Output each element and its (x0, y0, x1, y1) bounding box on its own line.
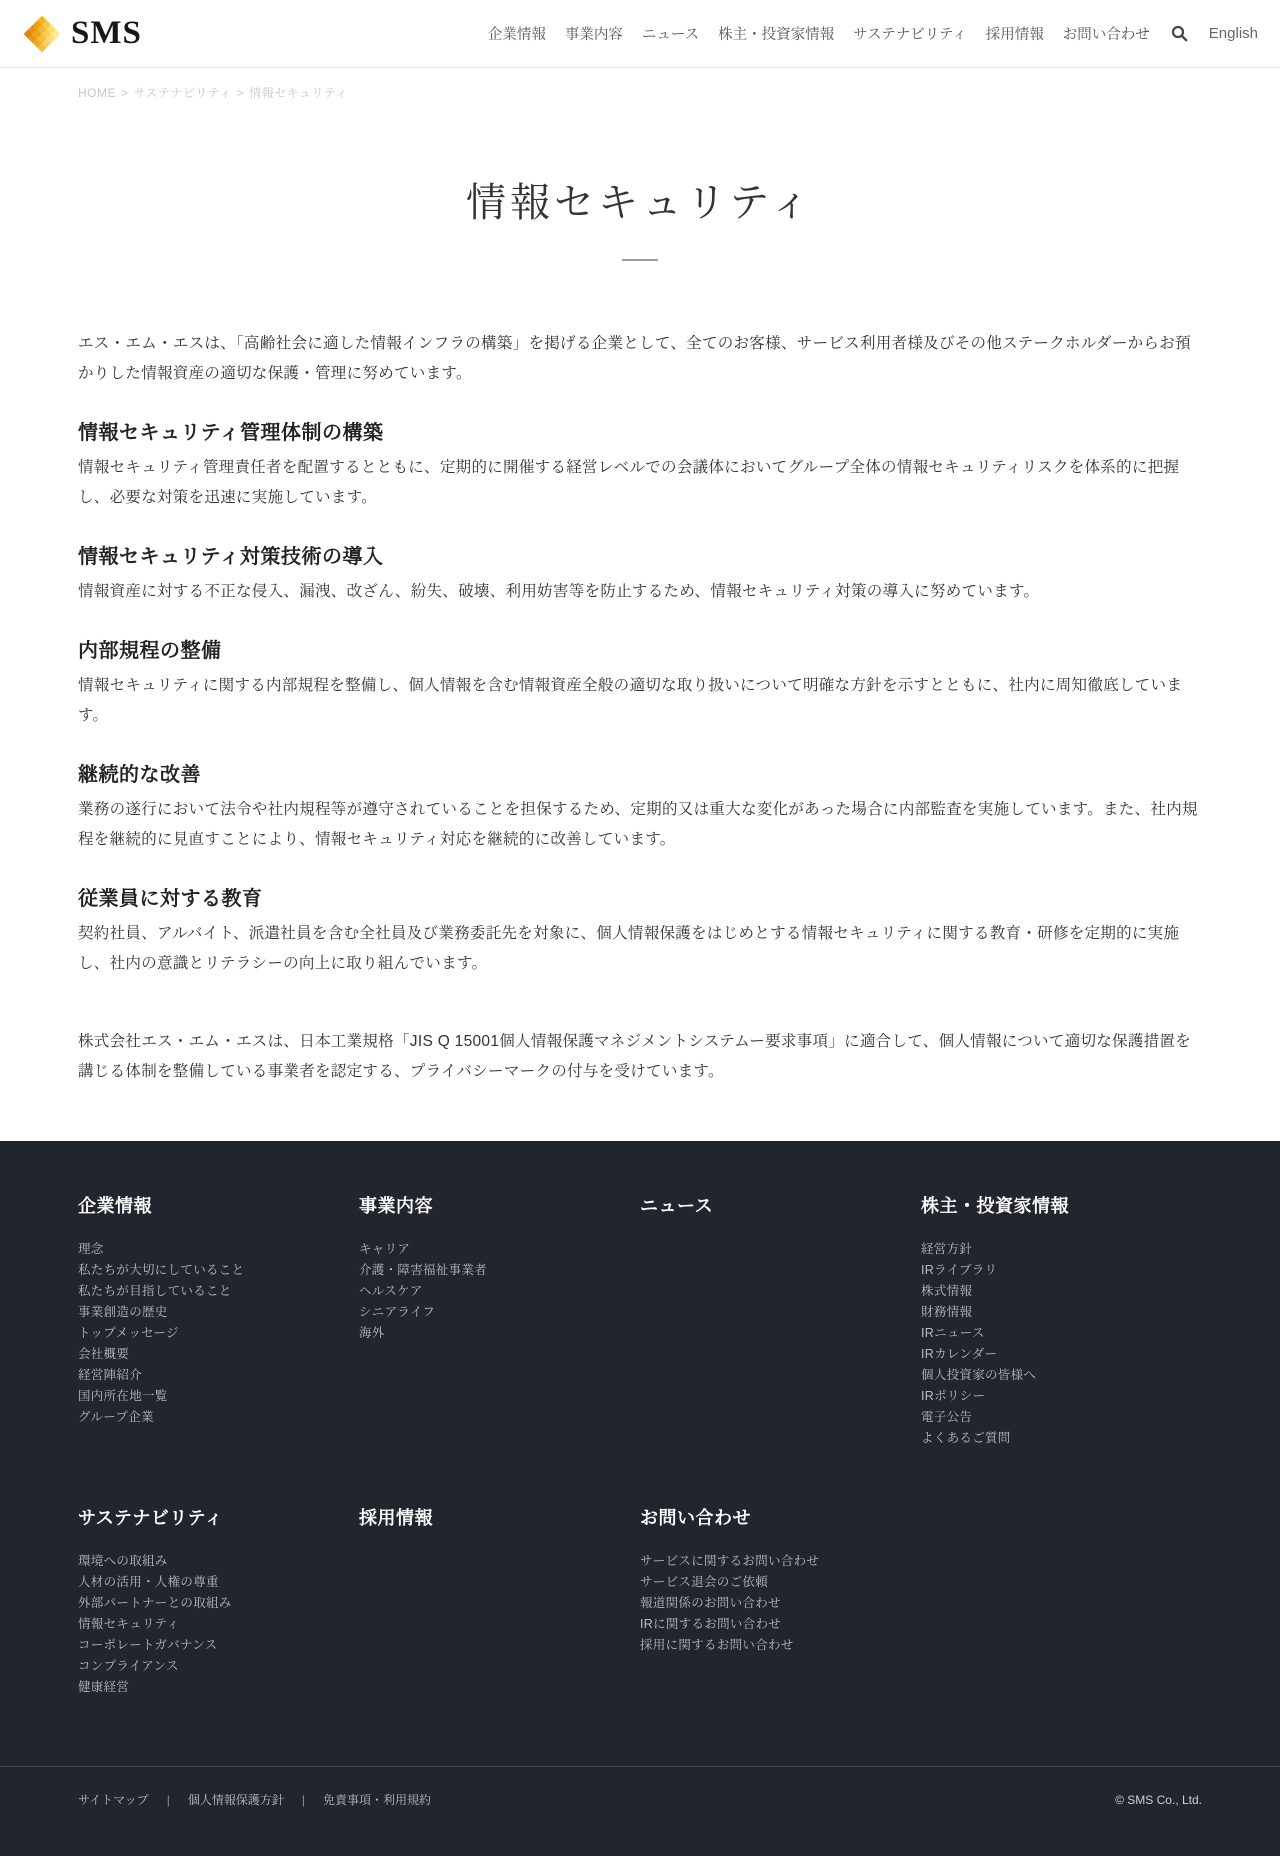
footer-link[interactable]: 経営方針 (921, 1241, 1202, 1257)
footer-link[interactable]: トップメッセージ (78, 1325, 359, 1341)
footer-link[interactable]: 事業創造の歴史 (78, 1304, 359, 1320)
section-continuous-improvement: 継続的な改善 業務の遂行において法令や社内規程等が遵守されていることを担保するた… (78, 763, 1202, 855)
footer-col-contact: お問い合わせ サービスに関するお問い合わせ サービス退会のご依頼 報道関係のお問… (640, 1507, 921, 1700)
footer-link-divider: | (167, 1793, 170, 1807)
footer-link[interactable]: IRポリシー (921, 1388, 1202, 1404)
section-body: 情報セキュリティ管理責任者を配置するとともに、定期的に開催する経営レベルでの会議… (78, 453, 1202, 513)
footer-link[interactable]: 国内所在地一覧 (78, 1388, 359, 1404)
footer-link[interactable]: 財務情報 (921, 1304, 1202, 1320)
section-heading: 従業員に対する教育 (78, 887, 1202, 911)
footer-link[interactable]: グループ企業 (78, 1409, 359, 1425)
footer-link[interactable]: 情報セキュリティ (78, 1616, 359, 1632)
intro-paragraph: エス・エム・エスは、「高齢社会に適した情報インフラの構築」を掲げる企業として、全… (78, 329, 1202, 389)
section-employee-education: 従業員に対する教育 契約社員、アルバイト、派遣社員を含む全社員及び業務委託先を対… (78, 887, 1202, 979)
footer-col-recruit: 採用情報 (359, 1507, 640, 1700)
section-body: 情報セキュリティに関する内部規程を整備し、個人情報を含む情報資産全般の適切な取り… (78, 671, 1202, 731)
section-heading: 継続的な改善 (78, 763, 1202, 787)
breadcrumb-home[interactable]: HOME (78, 86, 116, 100)
closing-paragraph: 株式会社エス・エム・エスは、日本工業規格「JIS Q 15001個人情報保護マネ… (78, 1027, 1202, 1087)
footer-link[interactable]: 介護・障害福祉事業者 (359, 1262, 640, 1278)
footer-link[interactable]: 海外 (359, 1325, 640, 1341)
footer-col-title[interactable]: ニュース (640, 1195, 921, 1217)
footer-link[interactable]: 報道関係のお問い合わせ (640, 1595, 921, 1611)
footer-link[interactable]: 環境への取組み (78, 1553, 359, 1569)
footer-col-title[interactable]: 企業情報 (78, 1195, 359, 1217)
footer-link[interactable]: シニアライフ (359, 1304, 640, 1320)
footer-col-corporate: 企業情報 理念 私たちが大切にしていること 私たちが目指していること 事業創造の… (78, 1195, 359, 1451)
main-nav: 企業情報 事業内容 ニュース 株主・投資家情報 サステナビリティ 採用情報 お問… (488, 23, 1258, 44)
footer-link[interactable]: 外部パートナーとの取組み (78, 1595, 359, 1611)
footer-link[interactable]: IRカレンダー (921, 1346, 1202, 1362)
footer-link[interactable]: コンプライアンス (78, 1658, 359, 1674)
footer-terms-link[interactable]: 免責事項・利用規約 (323, 1791, 431, 1808)
footer-link-divider: | (302, 1793, 305, 1807)
footer-col-sustainability: サステナビリティ 環境への取組み 人材の活用・人権の尊重 外部パートナーとの取組… (78, 1507, 359, 1700)
site-footer: 企業情報 理念 私たちが大切にしていること 私たちが目指していること 事業創造の… (0, 1141, 1280, 1856)
section-heading: 情報セキュリティ対策技術の導入 (78, 545, 1202, 569)
breadcrumb-bar: HOME>サステナビリティ>情報セキュリティ (0, 68, 1280, 115)
footer-col-business: 事業内容 キャリア 介護・障害福祉事業者 ヘルスケア シニアライフ 海外 (359, 1195, 640, 1451)
footer-link[interactable]: 電子公告 (921, 1409, 1202, 1425)
breadcrumb-current: 情報セキュリティ (249, 86, 348, 100)
nav-item-recruit[interactable]: 採用情報 (986, 23, 1044, 44)
footer-link[interactable]: キャリア (359, 1241, 640, 1257)
footer-link[interactable]: 健康経営 (78, 1679, 359, 1695)
logo[interactable]: SMS (22, 14, 142, 54)
footer-privacy-link[interactable]: 個人情報保護方針 (188, 1791, 284, 1808)
footer-link[interactable]: サービス退会のご依頼 (640, 1574, 921, 1590)
section-management-structure: 情報セキュリティ管理体制の構築 情報セキュリティ管理責任者を配置するとともに、定… (78, 421, 1202, 513)
section-heading: 情報セキュリティ管理体制の構築 (78, 421, 1202, 445)
footer-link[interactable]: 人材の活用・人権の尊重 (78, 1574, 359, 1590)
breadcrumb-separator: > (237, 86, 245, 100)
footer-col-spacer (921, 1507, 1202, 1700)
main-content: 情報セキュリティ エス・エム・エスは、「高齢社会に適した情報インフラの構築」を掲… (0, 179, 1280, 1141)
nav-item-ir[interactable]: 株主・投資家情報 (718, 23, 834, 44)
footer-col-title[interactable]: サステナビリティ (78, 1507, 359, 1529)
footer-col-news: ニュース (640, 1195, 921, 1451)
page-title: 情報セキュリティ (78, 179, 1202, 227)
footer-link[interactable]: IRライブラリ (921, 1262, 1202, 1278)
section-heading: 内部規程の整備 (78, 639, 1202, 663)
logo-text: SMS (71, 17, 142, 50)
footer-link[interactable]: ヘルスケア (359, 1283, 640, 1299)
footer-link[interactable]: よくあるご質問 (921, 1430, 1202, 1446)
language-toggle[interactable]: English (1209, 25, 1258, 42)
footer-col-title[interactable]: 事業内容 (359, 1195, 640, 1217)
footer-link[interactable]: 経営陣紹介 (78, 1367, 359, 1383)
breadcrumb-separator: > (121, 86, 129, 100)
search-icon[interactable] (1171, 25, 1188, 42)
breadcrumb-sustainability[interactable]: サステナビリティ (134, 86, 232, 100)
footer-link[interactable]: 私たちが大切にしていること (78, 1262, 359, 1278)
nav-item-sustainability[interactable]: サステナビリティ (853, 23, 967, 44)
footer-sitemap-link[interactable]: サイトマップ (78, 1791, 149, 1808)
nav-item-business[interactable]: 事業内容 (565, 23, 623, 44)
footer-link[interactable]: IRニュース (921, 1325, 1202, 1341)
site-header: SMS 企業情報 事業内容 ニュース 株主・投資家情報 サステナビリティ 採用情… (0, 0, 1280, 68)
footer-link[interactable]: 理念 (78, 1241, 359, 1257)
nav-item-news[interactable]: ニュース (642, 23, 699, 44)
nav-item-contact[interactable]: お問い合わせ (1063, 23, 1150, 44)
sms-diamond-logo-icon (22, 14, 62, 54)
breadcrumb: HOME>サステナビリティ>情報セキュリティ (78, 84, 1202, 101)
footer-col-ir: 株主・投資家情報 経営方針 IRライブラリ 株式情報 財務情報 IRニュース I… (921, 1195, 1202, 1451)
footer-link[interactable]: サービスに関するお問い合わせ (640, 1553, 921, 1569)
footer-link[interactable]: 個人投資家の皆様へ (921, 1367, 1202, 1383)
section-internal-rules: 内部規程の整備 情報セキュリティに関する内部規程を整備し、個人情報を含む情報資産… (78, 639, 1202, 731)
footer-link[interactable]: 株式情報 (921, 1283, 1202, 1299)
footer-link[interactable]: 会社概要 (78, 1346, 359, 1362)
section-body: 業務の遂行において法令や社内規程等が遵守されていることを担保するため、定期的又は… (78, 795, 1202, 855)
section-countermeasure-technology: 情報セキュリティ対策技術の導入 情報資産に対する不正な侵入、漏洩、改ざん、紛失、… (78, 545, 1202, 607)
footer-bottom-bar: サイトマップ | 個人情報保護方針 | 免責事項・利用規約 © SMS Co.,… (0, 1766, 1280, 1856)
footer-col-title[interactable]: 採用情報 (359, 1507, 640, 1529)
title-divider (622, 259, 658, 261)
footer-col-title[interactable]: 株主・投資家情報 (921, 1195, 1202, 1217)
section-body: 情報資産に対する不正な侵入、漏洩、改ざん、紛失、破壊、利用妨害等を防止するため、… (78, 577, 1202, 607)
section-body: 契約社員、アルバイト、派遣社員を含む全社員及び業務委託先を対象に、個人情報保護を… (78, 919, 1202, 979)
footer-link[interactable]: IRに関するお問い合わせ (640, 1616, 921, 1632)
nav-item-corporate[interactable]: 企業情報 (488, 23, 546, 44)
footer-link[interactable]: コーポレートガバナンス (78, 1637, 359, 1653)
footer-link[interactable]: 採用に関するお問い合わせ (640, 1637, 921, 1653)
footer-link[interactable]: 私たちが目指していること (78, 1283, 359, 1299)
footer-col-title[interactable]: お問い合わせ (640, 1507, 921, 1529)
copyright: © SMS Co., Ltd. (1115, 1793, 1202, 1807)
